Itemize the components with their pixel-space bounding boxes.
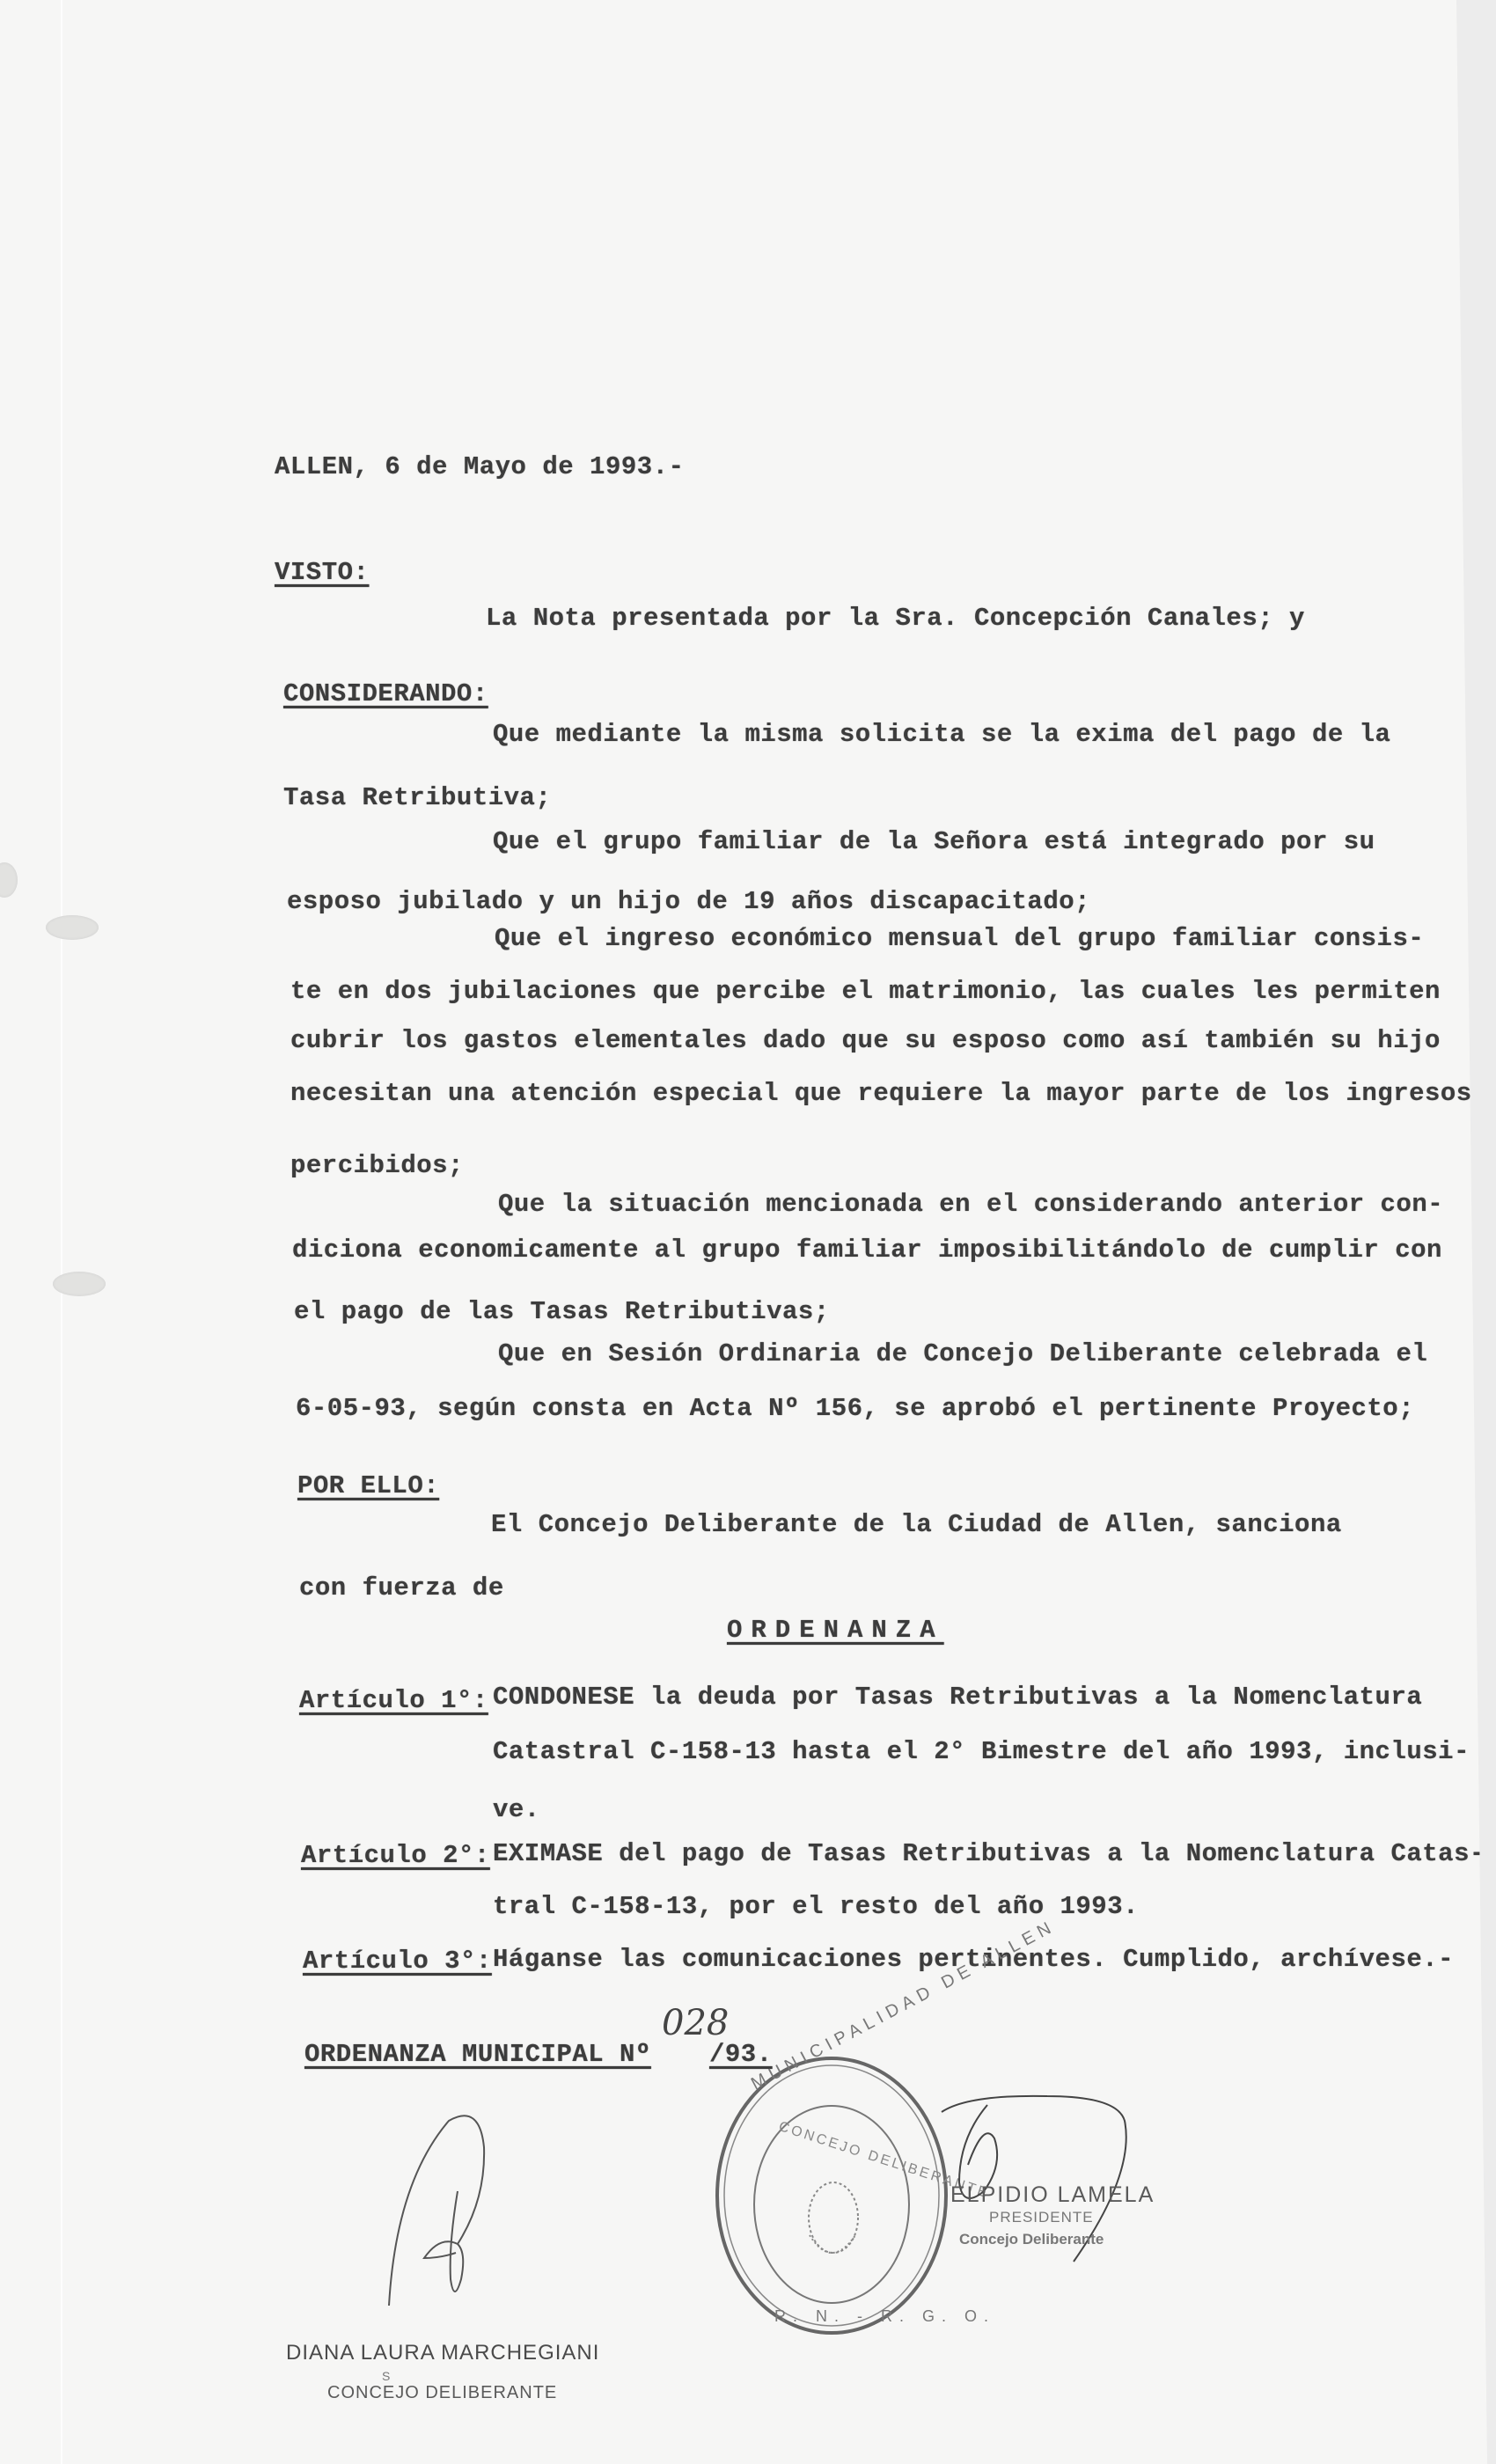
considerando-line: te en dos jubilaciones que percibe el ma… xyxy=(290,977,1441,1006)
secretary-signature xyxy=(370,2103,493,2306)
por-ello-line2: con fuerza de xyxy=(299,1573,504,1602)
municipal-seal xyxy=(704,2050,959,2341)
considerando-line: Que mediante la misma solicita se la exi… xyxy=(493,720,1390,749)
por-ello-line1: El Concejo Deliberante de la Ciudad de A… xyxy=(491,1510,1342,1539)
secretary-body: CONCEJO DELIBERANTE xyxy=(327,2383,557,2403)
ordenanza-title: ORDENANZA xyxy=(727,1616,944,1645)
por-ello-heading: POR ELLO: xyxy=(297,1471,439,1500)
seal-bottom-text: R. N. - R. G. O. xyxy=(774,2307,995,2326)
visto-heading: VISTO: xyxy=(275,558,369,587)
article-1-line: ve. xyxy=(493,1795,540,1824)
punch-hole-bottom xyxy=(53,1272,106,1296)
considerando-line: Que el ingreso económico mensual del gru… xyxy=(495,924,1424,953)
ordinance-number-handwritten: 028 xyxy=(662,2003,729,2043)
ordinance-number-prefix: ORDENANZA MUNICIPAL Nº xyxy=(304,2040,651,2069)
president-role: PRESIDENTE xyxy=(989,2209,1094,2226)
considerando-line: 6-05-93, según consta en Acta Nº 156, se… xyxy=(296,1394,1414,1423)
considerando-line: Que en Sesión Ordinaria de Concejo Delib… xyxy=(498,1339,1427,1368)
considerando-heading: CONSIDERANDO: xyxy=(283,679,488,708)
article-2-line: EXIMASE del pago de Tasas Retributivas a… xyxy=(493,1839,1485,1868)
article-3-label: Artículo 3°: xyxy=(303,1947,492,1976)
considerando-line: percibidos; xyxy=(290,1151,464,1180)
considerando-line: Tasa Retributiva; xyxy=(283,783,551,812)
scan-artifact-line xyxy=(61,0,62,2464)
considerando-line: diciona economicamente al grupo familiar… xyxy=(292,1236,1442,1265)
visto-text: La Nota presentada por la Sra. Concepció… xyxy=(486,604,1305,633)
article-2-line: tral C-158-13, por el resto del año 1993… xyxy=(493,1892,1139,1921)
considerando-line: Que el grupo familiar de la Señora está … xyxy=(493,827,1375,856)
article-1-label: Artículo 1°: xyxy=(299,1686,488,1715)
punch-hole-top xyxy=(46,915,99,940)
secretary-role: S xyxy=(382,2369,390,2383)
considerando-line: Que la situación mencionada en el consid… xyxy=(498,1190,1443,1219)
president-body: Concejo Deliberante xyxy=(959,2231,1104,2248)
secretary-name: DIANA LAURA MARCHEGIANI xyxy=(286,2341,599,2365)
considerando-line: esposo jubilado y un hijo de 19 años dis… xyxy=(287,887,1090,916)
president-name: ELPIDIO LAMELA xyxy=(950,2182,1155,2208)
torn-spot xyxy=(0,862,18,898)
place-date: ALLEN, 6 de Mayo de 1993.- xyxy=(275,452,684,481)
considerando-line: cubrir los gastos elementales dado que s… xyxy=(290,1026,1441,1055)
considerando-line: necesitan una atención especial que requ… xyxy=(290,1079,1472,1108)
article-1-line: Catastral C-158-13 hasta el 2° Bimestre … xyxy=(493,1737,1470,1766)
considerando-line: el pago de las Tasas Retributivas; xyxy=(294,1297,830,1326)
article-1-line: CONDONESE la deuda por Tasas Retributiva… xyxy=(493,1683,1422,1712)
document-page: ALLEN, 6 de Mayo de 1993.- VISTO: La Not… xyxy=(0,0,1496,2464)
article-2-label: Artículo 2°: xyxy=(301,1841,490,1870)
